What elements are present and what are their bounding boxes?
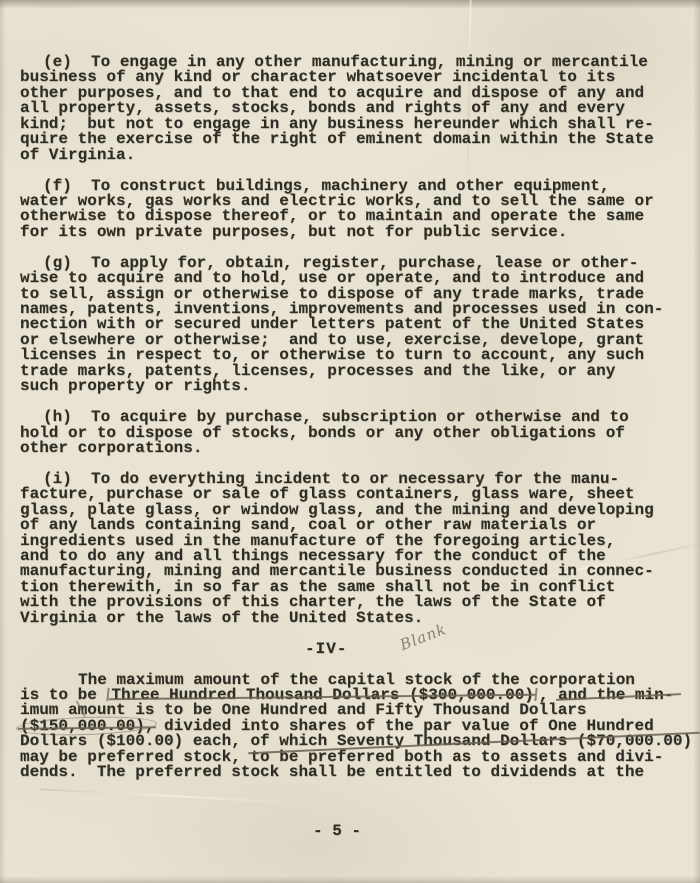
- clause-g: (g) To apply for, obtain, register, purc…: [20, 256, 692, 395]
- struck-through-text: and the min-: [558, 688, 673, 703]
- clause-i: (i) To do everything incident to or nece…: [20, 472, 692, 626]
- clause-f: (f) To construct buildings, machinery an…: [20, 179, 692, 241]
- text-line: for its own private purposes, but not fo…: [20, 225, 692, 240]
- struck-through-text: of which Seventy Thousand Dollars ($70,0…: [250, 734, 692, 749]
- text-line: Virginia or the laws of the United State…: [20, 611, 692, 626]
- struck-through-text: ($150,000.00),: [20, 719, 154, 734]
- section-heading-line: -IV-: [20, 642, 692, 657]
- pencil-caret-mark: [534, 688, 537, 701]
- text-line: of Virginia.: [20, 148, 692, 163]
- page-number: - 5 -: [20, 824, 692, 839]
- section-iv-heading: -IV-: [20, 642, 692, 657]
- text-line: such property or rights.: [20, 379, 692, 394]
- typewritten-text-column: (e) To engage in any other manufacturing…: [20, 55, 692, 839]
- clause-iv: The maximum amount of the capital stock …: [20, 673, 692, 781]
- clause-e: (e) To engage in any other manufacturing…: [20, 55, 692, 163]
- text-line: is to be Three Hundred Thousand Dollars …: [20, 688, 692, 703]
- text-line: other corporations.: [20, 441, 692, 456]
- struck-through-text: Three Hundred Thousand Dollars ($300,000…: [111, 688, 533, 703]
- clause-h: (h) To acquire by purchase, subscription…: [20, 410, 692, 456]
- text-line: dends. The preferred stock shall be enti…: [20, 765, 692, 780]
